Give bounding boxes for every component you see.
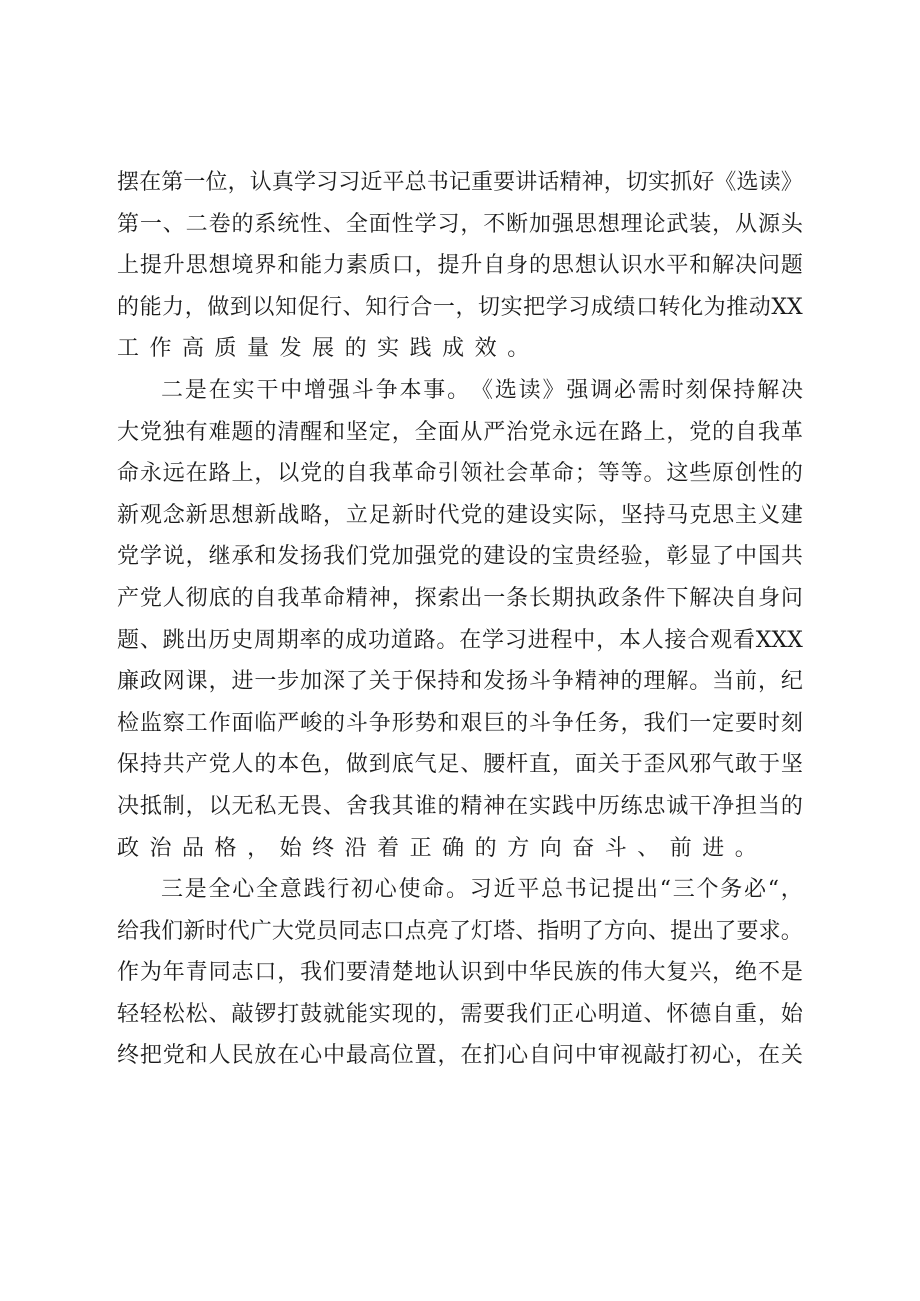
text-line: 保持共产党人的本色，做到底气足、腰杆直，面关于歪风邪气敢于坚 bbox=[117, 744, 803, 786]
text-line: 第一、二卷的系统性、全面性学习，不断加强思想理论武装，从源头 bbox=[117, 204, 803, 246]
document-page: 摆在第一位，认真学习习近平总书记重要讲话精神，切实抓好《选读》第一、二卷的系统性… bbox=[117, 162, 807, 1077]
text-line: 政治品格，始终沿着正确的方向奋斗、前进。 bbox=[117, 828, 803, 870]
text-line: 作为年青同志口，我们要清楚地认识到中华民族的伟大复兴，绝不是 bbox=[117, 952, 803, 994]
text-line: 新观念新思想新战略，立足新时代党的建设实际，坚持马克思主义建 bbox=[117, 495, 803, 537]
text-line: 二是在实干中增强斗争本事。《选读》强调必需时刻保持解决 bbox=[117, 370, 803, 412]
text-line: 命永远在路上，以党的自我革命引领社会革命；等等。这些原创性的 bbox=[117, 453, 803, 495]
text-line: 的能力，做到以知促行、知行合一，切实把学习成绩口转化为推动XX bbox=[117, 287, 803, 329]
text-line: 产党人彻底的自我革命精神，探索出一条长期执政条件下解决自身问 bbox=[117, 578, 803, 620]
text-line: 三是全心全意践行初心使命。习近平总书记提出“三个务必“， bbox=[117, 869, 803, 911]
text-line: 大党独有难题的清醒和坚定，全面从严治党永远在路上，党的自我革 bbox=[117, 412, 803, 454]
text-line: 廉政网课，进一步加深了关于保持和发扬斗争精神的理解。当前，纪 bbox=[117, 661, 803, 703]
document-body: 摆在第一位，认真学习习近平总书记重要讲话精神，切实抓好《选读》第一、二卷的系统性… bbox=[117, 162, 807, 1077]
text-line: 检监察工作面临严峻的斗争形势和艰巨的斗争任务，我们一定要时刻 bbox=[117, 703, 803, 745]
text-line: 摆在第一位，认真学习习近平总书记重要讲话精神，切实抓好《选读》 bbox=[117, 162, 803, 204]
text-line: 上提升思想境界和能力素质口，提升自身的思想认识水平和解决问题 bbox=[117, 245, 803, 287]
paragraph: 三是全心全意践行初心使命。习近平总书记提出“三个务必“，给我们新时代广大党员同志… bbox=[117, 869, 807, 1077]
text-line: 工作高质量发展的实践成效。 bbox=[117, 328, 803, 370]
text-line: 轻轻松松、敲锣打鼓就能实现的，需要我们正心明道、怀德自重，始 bbox=[117, 994, 803, 1036]
paragraph: 摆在第一位，认真学习习近平总书记重要讲话精神，切实抓好《选读》第一、二卷的系统性… bbox=[117, 162, 807, 370]
paragraph: 二是在实干中增强斗争本事。《选读》强调必需时刻保持解决大党独有难题的清醒和坚定，… bbox=[117, 370, 807, 869]
text-line: 党学说，继承和发扬我们党加强党的建设的宝贵经验，彰显了中国共 bbox=[117, 536, 803, 578]
text-line: 题、跳出历史周期率的成功道路。在学习进程中，本人接合观看XXX bbox=[117, 620, 803, 662]
text-line: 给我们新时代广大党员同志口点亮了灯塔、指明了方向、提出了要求。 bbox=[117, 911, 803, 953]
text-line: 决抵制，以无私无畏、舍我其谁的精神在实践中历练忠诚干净担当的 bbox=[117, 786, 803, 828]
text-line: 终把党和人民放在心中最高位置，在扪心自问中审视敲打初心，在关 bbox=[117, 1035, 803, 1077]
